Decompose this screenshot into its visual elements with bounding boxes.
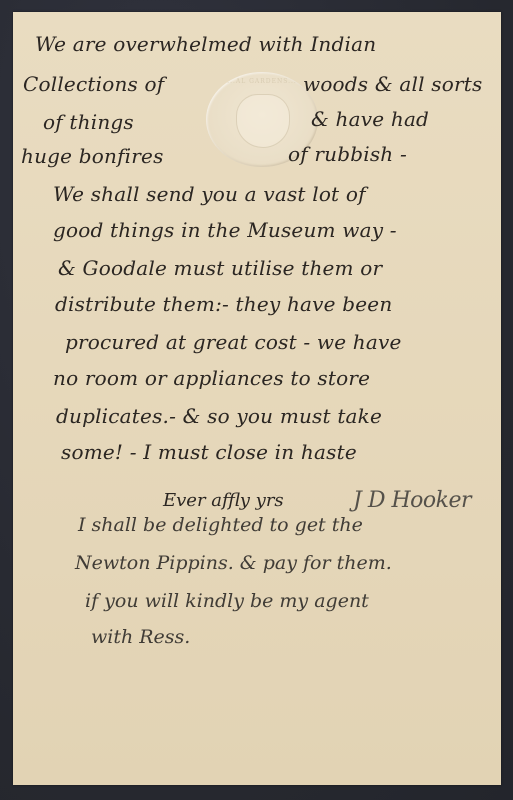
- letter-line: distribute them:- they have been: [55, 292, 392, 316]
- letter-line: good things in the Museum way -: [53, 218, 397, 242]
- letter-line: & have had: [311, 107, 429, 131]
- postscript-line: I shall be delighted to get the: [78, 514, 363, 536]
- letter-line: We shall send you a vast lot of: [53, 182, 366, 206]
- postscript-line: Newton Pippins. & pay for them.: [75, 552, 392, 574]
- postscript-line: with Ress.: [91, 626, 190, 648]
- letter-line: of rubbish -: [288, 142, 407, 166]
- crest-icon: [236, 94, 290, 148]
- letter-closing: Ever affly yrs: [163, 490, 284, 511]
- signature: J D Hooker: [353, 488, 471, 513]
- letter-line: some! - I must close in haste: [61, 440, 357, 464]
- letter-line: We are overwhelmed with Indian: [35, 32, 376, 56]
- letter-line: no room or appliances to store: [53, 366, 370, 390]
- letter-line: Collections of: [23, 72, 164, 96]
- letter-sheet: ...AL GARDENS... We are overwhelmed with…: [13, 12, 501, 785]
- postscript-line: if you will kindly be my agent: [85, 590, 369, 612]
- letter-line: huge bonfires: [21, 144, 164, 168]
- seal-text: ...AL GARDENS...: [206, 78, 318, 85]
- letter-line: procured at great cost - we have: [65, 330, 402, 354]
- letter-line: & Goodale must utilise them or: [58, 256, 382, 280]
- letter-line: woods & all sorts: [303, 72, 482, 96]
- letter-line: duplicates.- & so you must take: [56, 404, 382, 428]
- letter-line: of things: [43, 110, 134, 134]
